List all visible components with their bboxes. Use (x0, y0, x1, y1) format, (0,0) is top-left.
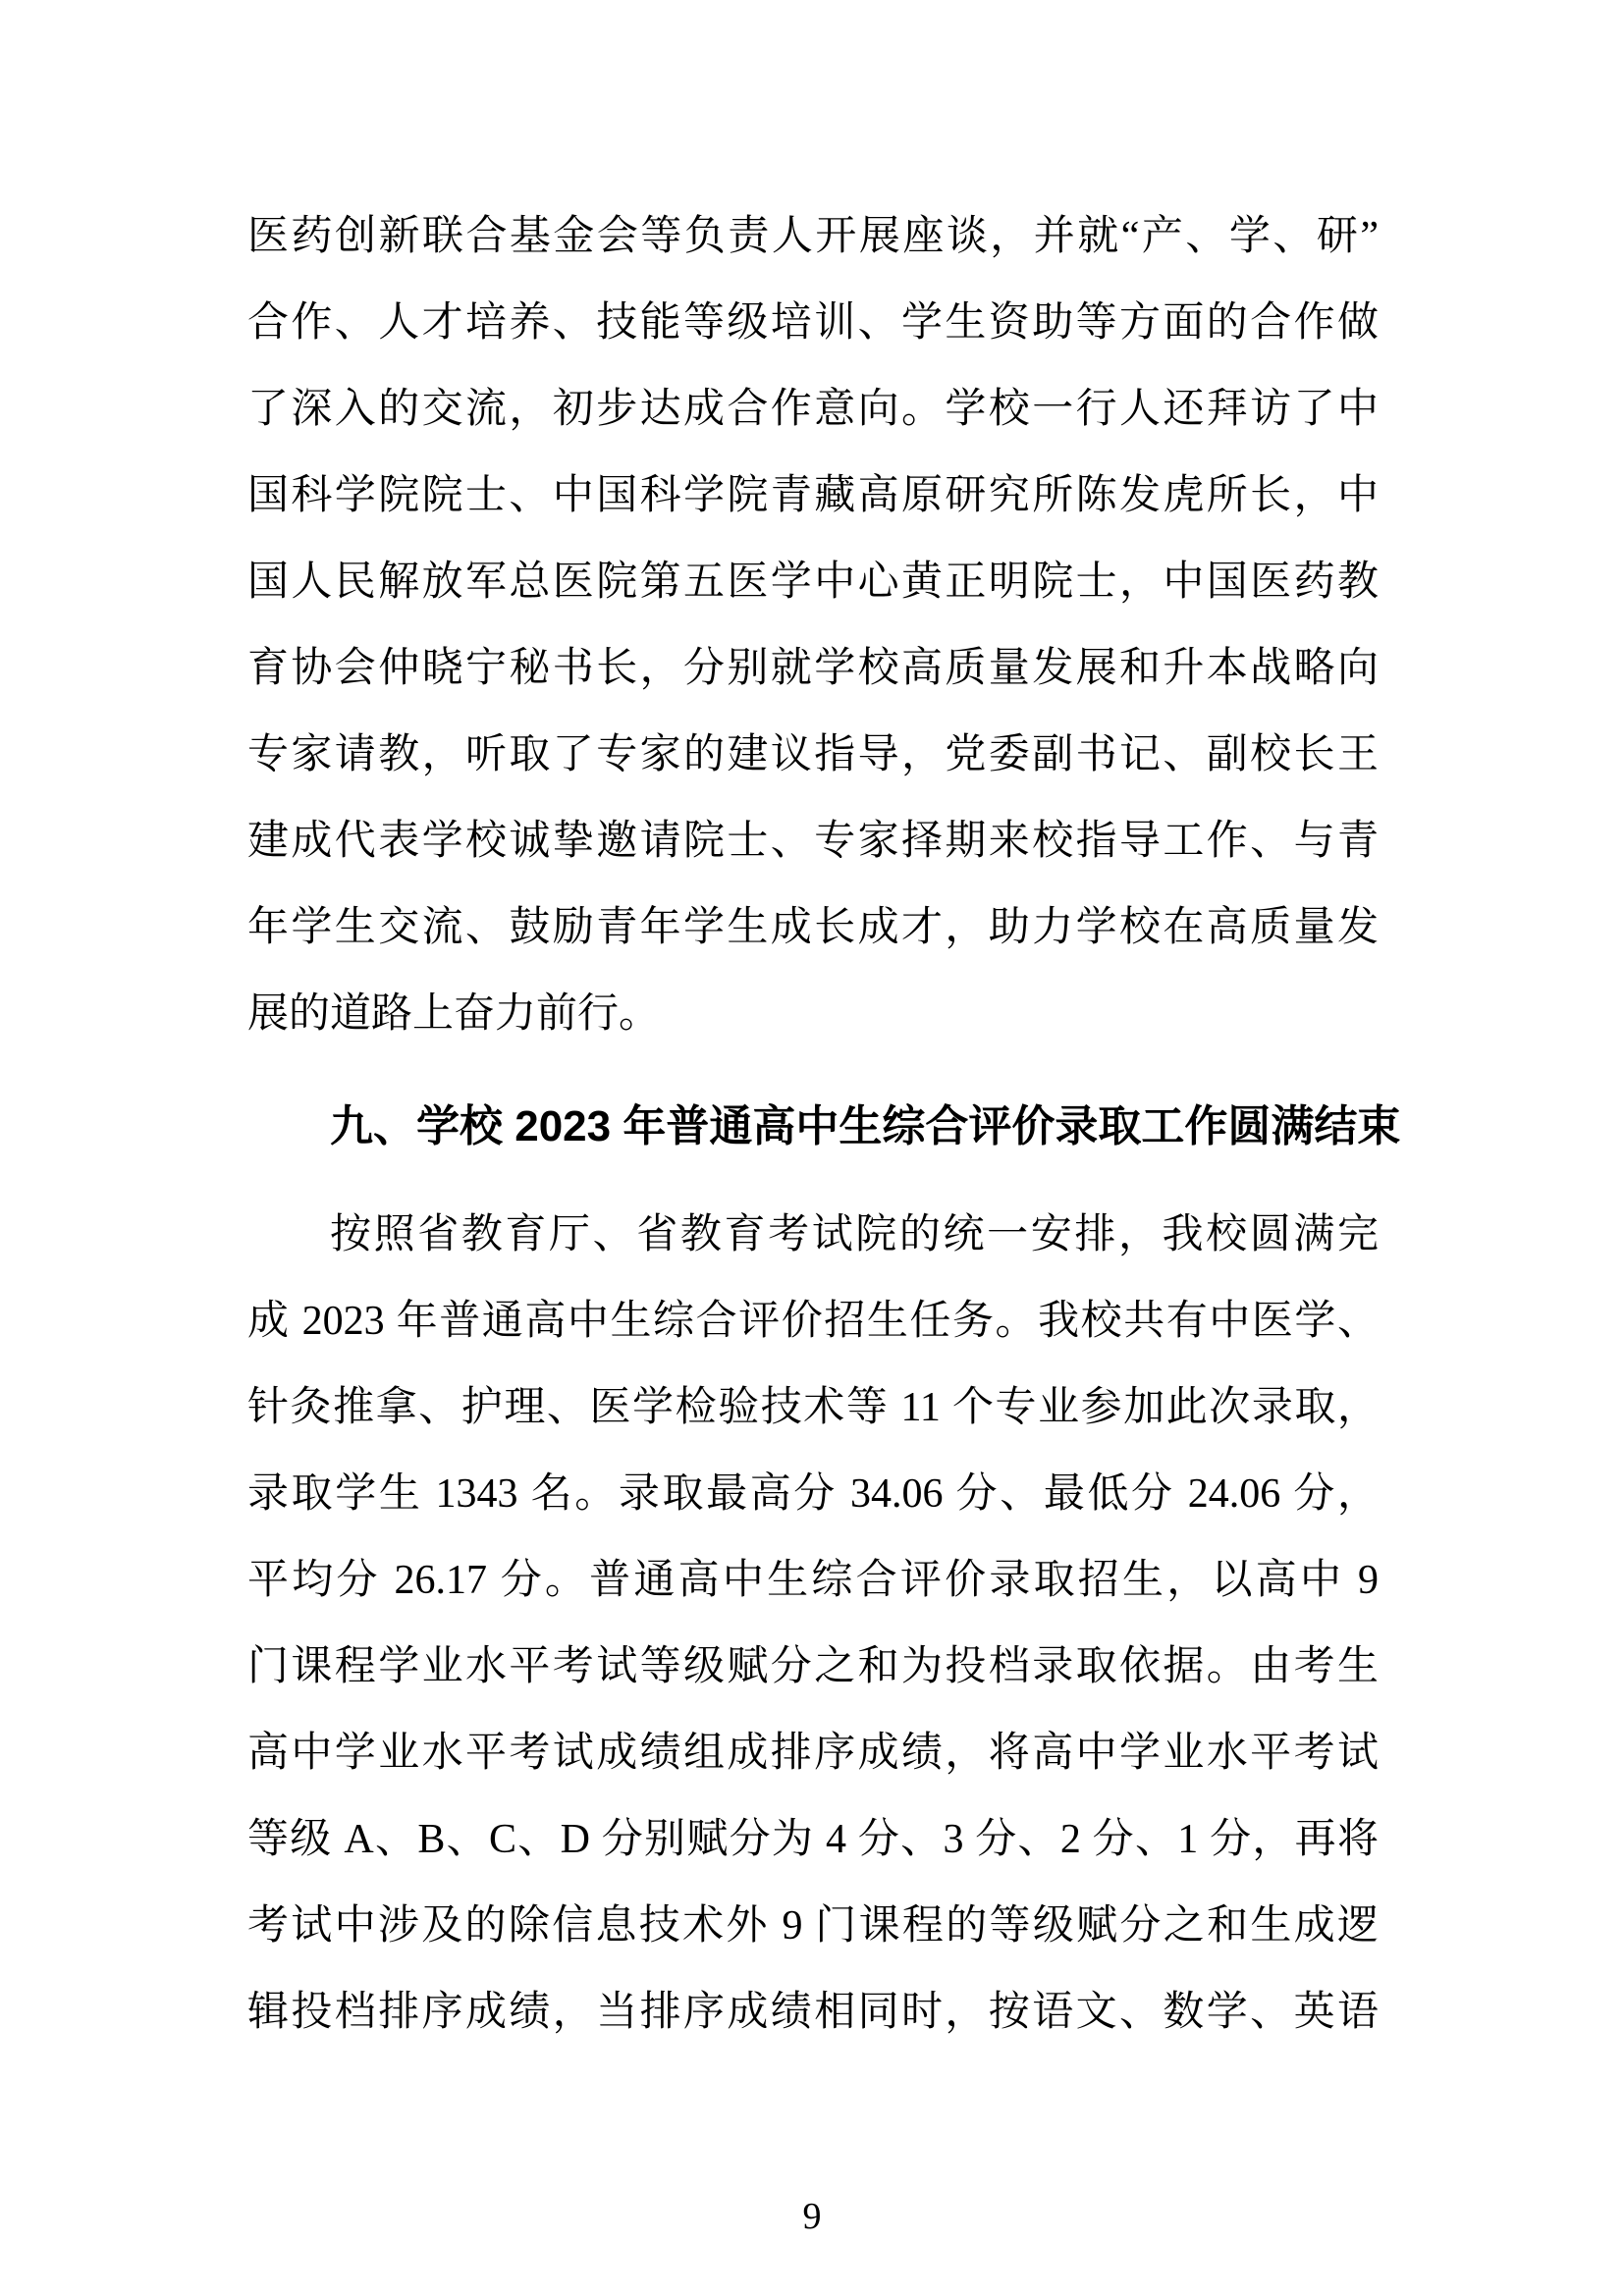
document-page: 医药创新联合基金会等负责人开展座谈，并就“产、学、研” 合作、人才培养、技能等级… (0, 0, 1624, 2296)
section-heading: 九、学校 2023 年普通高中生综合评价录取工作圆满结束 (247, 1084, 1379, 1170)
body-line: 高中学业水平考试成绩组成排序成绩，将高中学业水平考试 (247, 1710, 1379, 1796)
paragraph-continuation: 医药创新联合基金会等负责人开展座谈，并就“产、学、研” 合作、人才培养、技能等级… (247, 193, 1379, 1057)
body-line: 录取学生 1343 名。录取最高分 34.06 分、最低分 24.06 分， (247, 1451, 1379, 1537)
body-line: 了深入的交流，初步达成合作意向。学校一行人还拜访了中 (247, 366, 1379, 453)
body-line: 成 2023 年普通高中生综合评价招生任务。我校共有中医学、 (247, 1278, 1379, 1364)
body-line: 国人民解放军总医院第五医学中心黄正明院士，中国医药教 (247, 539, 1379, 625)
body-line: 平均分 26.17 分。普通高中生综合评价录取招生，以高中 9 (247, 1537, 1379, 1624)
body-line: 针灸推拿、护理、医学检验技术等 11 个专业参加此次录取， (247, 1364, 1379, 1451)
body-line: 专家请教，听取了专家的建议指导，党委副书记、副校长王 (247, 712, 1379, 798)
body-line: 门课程学业水平考试等级赋分之和为投档录取依据。由考生 (247, 1624, 1379, 1710)
body-line: 等级 A、B、C、D 分别赋分为 4 分、3 分、2 分、1 分，再将 (247, 1796, 1379, 1883)
body-line: 展的道路上奋力前行。 (247, 971, 1379, 1057)
body-line: 合作、人才培养、技能等级培训、学生资助等方面的合作做 (247, 280, 1379, 366)
body-line: 辑投档排序成绩，当排序成绩相同时，按语文、数学、英语 (247, 1969, 1379, 2056)
page-number: 9 (0, 2192, 1624, 2241)
body-line: 年学生交流、鼓励青年学生成长成才，助力学校在高质量发 (247, 884, 1379, 971)
body-line: 考试中涉及的除信息技术外 9 门课程的等级赋分之和生成逻 (247, 1883, 1379, 1969)
body-line: 按照省教育厅、省教育考试院的统一安排，我校圆满完 (247, 1192, 1379, 1278)
body-line: 国科学院院士、中国科学院青藏高原研究所陈发虎所长，中 (247, 453, 1379, 539)
body-line: 建成代表学校诚挚邀请院士、专家择期来校指导工作、与青 (247, 798, 1379, 884)
body-line: 医药创新联合基金会等负责人开展座谈，并就“产、学、研” (247, 193, 1379, 280)
paragraph-admissions: 按照省教育厅、省教育考试院的统一安排，我校圆满完 成 2023 年普通高中生综合… (247, 1192, 1379, 2056)
body-line: 育协会仲晓宁秘书长，分别就学校高质量发展和升本战略向 (247, 625, 1379, 712)
